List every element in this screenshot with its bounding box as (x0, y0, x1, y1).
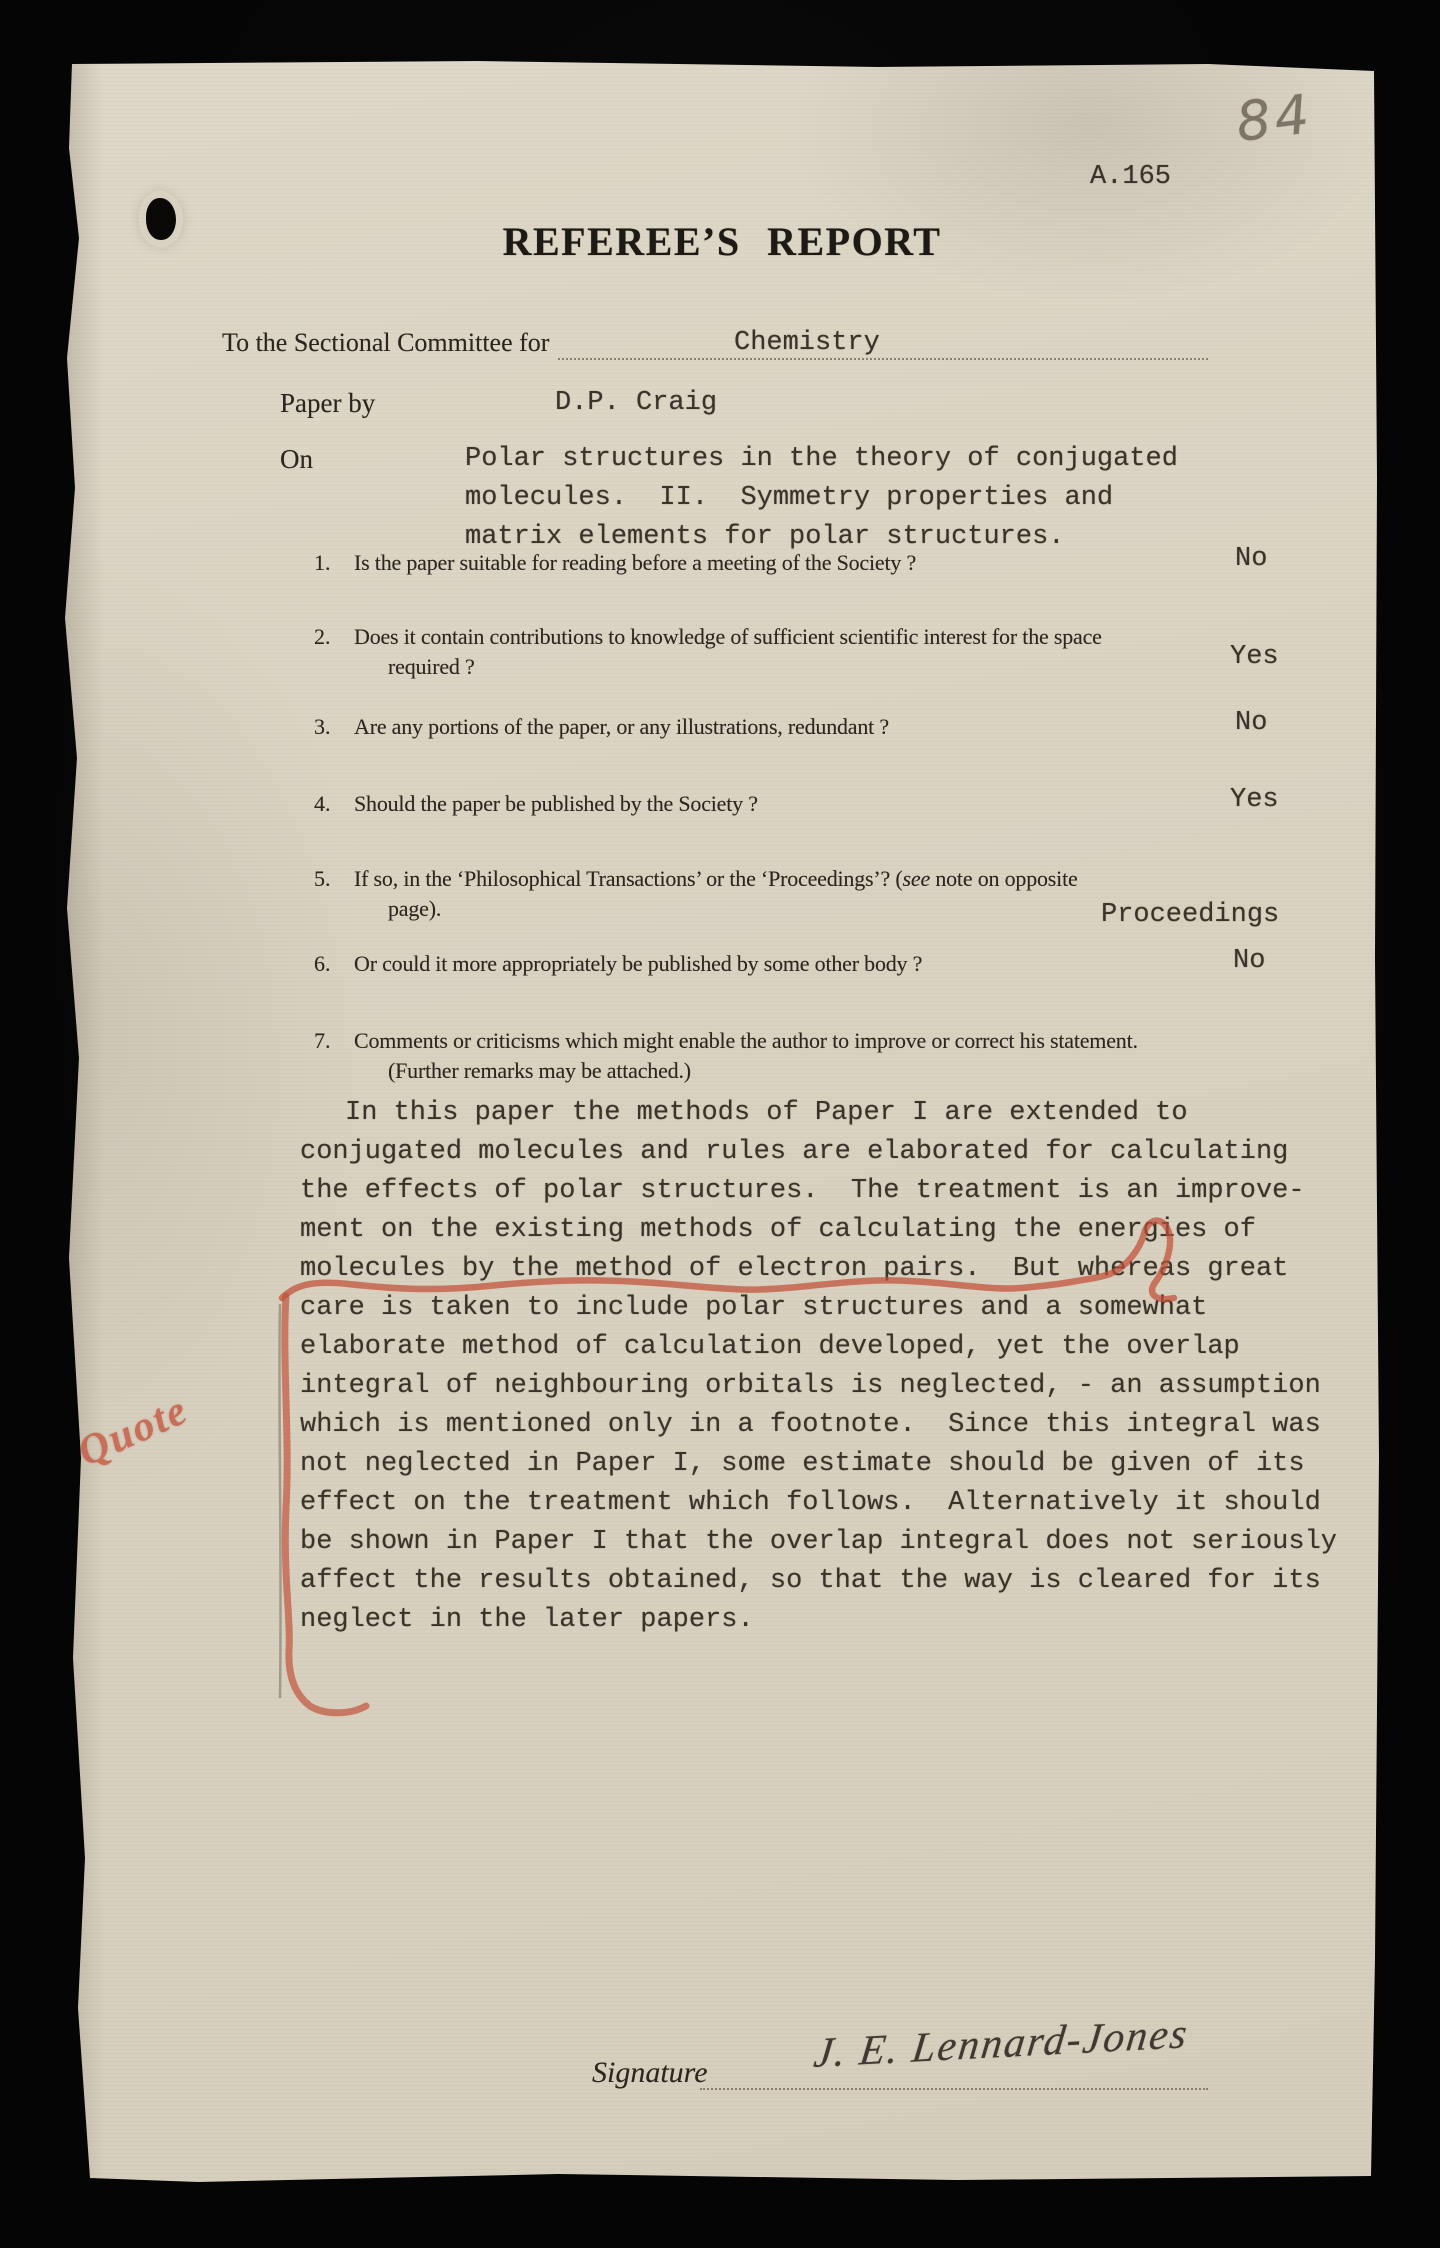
comment-line: ment on the existing methods of calculat… (300, 1211, 1380, 1250)
question-text: Does it contain contributions to knowled… (354, 624, 1102, 650)
question-number: 3. (314, 714, 331, 740)
question-text: Comments or criticisms which might enabl… (354, 1028, 1138, 1054)
form-title: REFEREE’S REPORT (487, 218, 957, 265)
hole-punch (146, 198, 176, 240)
question-answer: Yes (1230, 642, 1279, 672)
question-number: 6. (314, 951, 331, 977)
pencil-margin-line (279, 1304, 280, 1698)
subject-line: matrix elements for polar structures. (465, 522, 1065, 552)
question-text: Or could it more appropriately be publis… (354, 951, 922, 977)
question-answer: Yes (1230, 785, 1279, 815)
question-text: required ? (388, 654, 475, 680)
question-text: (Further remarks may be attached.) (388, 1058, 691, 1084)
subject-line: Polar structures in the theory of conjug… (465, 444, 1178, 474)
comment-line: the effects of polar structures. The tre… (300, 1172, 1380, 1211)
comment-line: affect the results obtained, so that the… (300, 1562, 1380, 1601)
comment-line: not neglected in Paper I, some estimate … (300, 1445, 1380, 1484)
question-text-part: If so, in the ‘Philosophical Transaction… (354, 866, 903, 891)
comment-line: In this paper the methods of Paper I are… (300, 1094, 1380, 1133)
question-answer: Proceedings (1101, 900, 1279, 930)
comment-line: effect on the treatment which follows. A… (300, 1484, 1380, 1523)
paper-by-label: Paper by (280, 388, 375, 419)
subject-label: On (280, 444, 313, 475)
torn-edge-shading (58, 58, 104, 2186)
question-text: If so, in the ‘Philosophical Transaction… (354, 866, 1078, 892)
question-text-part: note on opposite (930, 866, 1078, 891)
comment-line: which is mentioned only in a footnote. S… (300, 1406, 1380, 1445)
question-text: Are any portions of the paper, or any il… (354, 714, 889, 740)
paper-by-value: D.P. Craig (555, 388, 717, 418)
comment-line: conjugated molecules and rules are elabo… (300, 1133, 1380, 1172)
question-number: 5. (314, 866, 331, 892)
signature-dotted-line (700, 2088, 1208, 2090)
question-number: 4. (314, 791, 331, 817)
committee-label: To the Sectional Committee for (222, 328, 549, 358)
pencil-page-number: 84 (1233, 77, 1360, 154)
question-text: Is the paper suitable for reading before… (354, 550, 916, 576)
signature-label: Signature (592, 2056, 708, 2090)
committee-dotted-line (558, 358, 1208, 360)
comment-line: integral of neighbouring orbitals is neg… (300, 1367, 1380, 1406)
question-answer: No (1233, 946, 1265, 976)
question-answer: No (1235, 708, 1267, 738)
comment-line: be shown in Paper I that the overlap int… (300, 1523, 1380, 1562)
reference-number: A.165 (1090, 162, 1171, 192)
question-text: Should the paper be published by the Soc… (354, 791, 758, 817)
margin-note-handwritten: Quote (71, 1351, 273, 1476)
question-answer: No (1235, 544, 1267, 574)
comment-line: elaborate method of calculation develope… (300, 1328, 1380, 1367)
scan-background: 84 A.165 REFEREE’S REPORT To the Section… (0, 0, 1440, 2248)
paper-sheet: 84 A.165 REFEREE’S REPORT To the Section… (58, 58, 1380, 2186)
question-text-italic: see (903, 866, 931, 891)
comments-paragraph: In this paper the methods of Paper I are… (300, 1094, 1380, 1640)
question-number: 2. (314, 624, 331, 650)
question-number: 7. (314, 1028, 331, 1054)
question-number: 1. (314, 550, 331, 576)
signature-handwritten: J. E. Lennard-Jones (811, 2010, 1191, 2078)
comment-line: care is taken to include polar structure… (300, 1289, 1380, 1328)
comment-line: neglect in the later papers. (300, 1601, 1380, 1640)
comment-line: molecules by the method of electron pair… (300, 1250, 1380, 1289)
committee-value: Chemistry (734, 328, 880, 358)
question-text: page). (388, 896, 441, 922)
subject-line: molecules. II. Symmetry properties and (465, 483, 1113, 513)
